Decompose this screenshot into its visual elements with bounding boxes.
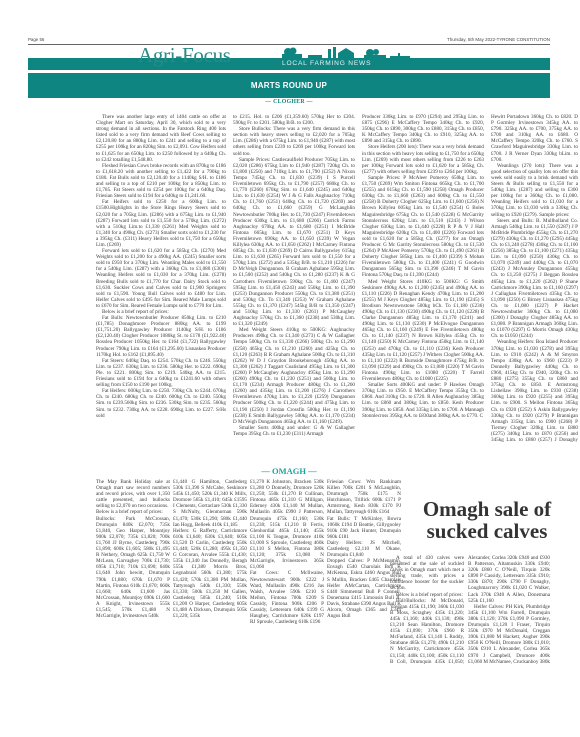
paragraph: Smaller Sorts 400kg and under: G & W Gal… [233, 425, 355, 437]
paragraph: Bullocks: Park McCrossan, Drumquin 840k … [96, 516, 170, 620]
paragraph: There was another large entry of 1404 ca… [96, 114, 226, 163]
paragraph: Sample Prices: P McAleer Pomeroy 650kg L… [362, 175, 484, 279]
paragraph: Below is a brief report of prices: [96, 509, 170, 515]
farm-skyline-icon [278, 46, 423, 60]
clogher-heading: — CLOGHER — [28, 99, 550, 105]
paragraph: Heifer Calves: PH Kirk, Plumbridge 345k … [468, 604, 550, 665]
paragraph: Fat Heifers sold to £250 for a 600kg Lim… [96, 199, 226, 248]
paragraph: £1,270 K Johnston, Bracken 530k £1,280 O… [250, 479, 324, 570]
paragraph: Below is a brief report of prices: [390, 592, 464, 598]
omagh-column-3: £1,270 K Johnston, Bracken 530k £1,280 O… [250, 479, 324, 661]
paragraph: Fat Bulls: T McKinley, Bowra 1060k £194 … [327, 516, 401, 540]
paragraph: A total of 430 calves were presented at … [390, 555, 464, 592]
paragraph: Alexander, Corlea 320k £940 and £930 B P… [468, 555, 550, 604]
paragraph: Friesian Cows: Wm Rankinam Killen 700k £… [327, 479, 401, 516]
newspaper-page: Page 56 Thursday, 5th May 2022-TYRONE CO… [28, 0, 550, 737]
clogher-column-4: Hewitt Portadown 360kg Ch. to £820. D P … [491, 114, 578, 442]
masthead-title: Agri-Focus [138, 44, 231, 66]
dateline: Thursday, 5th May 2022-TYRONE CONSTITUTI… [447, 37, 550, 42]
paragraph: Med Weight Stores 410KG to 500KG: G Smit… [362, 279, 484, 383]
page-number: Page 56 [28, 37, 44, 42]
page-header-line: Page 56 Thursday, 5th May 2022-TYRONE CO… [28, 36, 550, 45]
paragraph: Fat Steers: 640kg Daq. to £254. 570kg Ch… [96, 358, 226, 388]
paragraph: to £215. Hol. to £206 (£1,359.60) 570kg … [233, 114, 355, 126]
paragraph: Med Weight Steers 410kg to 500KG: Aughna… [233, 327, 355, 425]
paragraph: Weanling Heifers: Boa Island Producer 37… [491, 339, 578, 442]
paragraph: Steers and Bulls: B. Mullholland Co. Arm… [491, 218, 578, 340]
clogher-column-2: to £215. Hol. to £206 (£1,359.60) 570kg … [233, 114, 355, 442]
paragraph: Fat Heifers: 600kg Lim. to £250. 730kg C… [96, 388, 226, 418]
paragraph: Producer 330kg Lim. to £970 (£294) and 2… [362, 114, 484, 144]
paragraph: Forward lots sold to £1,620 for a 585kg … [96, 248, 226, 309]
paragraph: Bull/Bullocks: M McDonald, Vreggan 415k … [390, 598, 464, 665]
omagh-column-2: £1,440 G Hamilton, Castlederg 530k £1,39… [173, 479, 247, 661]
paragraph: Weanlings (270 lots): There was a good s… [491, 163, 578, 218]
paragraph: Fleshed Friesian Cows broke records with… [96, 163, 226, 200]
omagh-column-1: The May Bank Holiday sale at Omagh mart … [96, 479, 170, 661]
paragraph: Fat Bulls: Newtownbutler Producer 850kg … [96, 315, 226, 358]
section-banner: MARTS ROUND UP [28, 73, 550, 98]
clogher-column-3: Producer 330kg Lim. to £970 (£294) and 2… [362, 114, 484, 442]
calves-column-2: Alexander, Corlea 320k £940 and £930 B P… [468, 555, 550, 665]
paragraph: Heifers: G Rafferty, Carrickmore 610k £1… [173, 528, 247, 619]
paragraph: Hewitt Portadown 360kg Ch. to £820. D P … [491, 114, 578, 163]
paragraph: Store Bullocks: There was a very firm de… [233, 126, 355, 156]
calves-column-1: A total of 430 calves were presented at … [390, 555, 464, 665]
paragraph: Store Heifers (200 lots): There was a ve… [362, 144, 484, 174]
paragraph: The May Bank Holiday sale at Omagh mart … [96, 479, 170, 509]
paragraph: Fat Cows: C McIlwaine, Newtownstewart 90… [250, 570, 324, 625]
clogher-column-1: There was another large entry of 1404 ca… [96, 114, 226, 437]
paragraph: Sample Prices: Castlecaulfield Producer … [233, 157, 355, 328]
paragraph: Smaller Sorts 400KG and under: P Hawkes … [362, 382, 484, 419]
masthead-subtitle: LOCAL FARMING NEWS [282, 60, 371, 67]
paragraph: £1,440 G Hamilton, Castlederg 530k £1,39… [173, 479, 247, 528]
calves-headline: Omagh sale of sucked calves [392, 498, 580, 542]
omagh-heading: — OMAGH — [28, 466, 550, 476]
masthead: Agri-Focus LOCAL FARMING NEWS [28, 46, 550, 71]
